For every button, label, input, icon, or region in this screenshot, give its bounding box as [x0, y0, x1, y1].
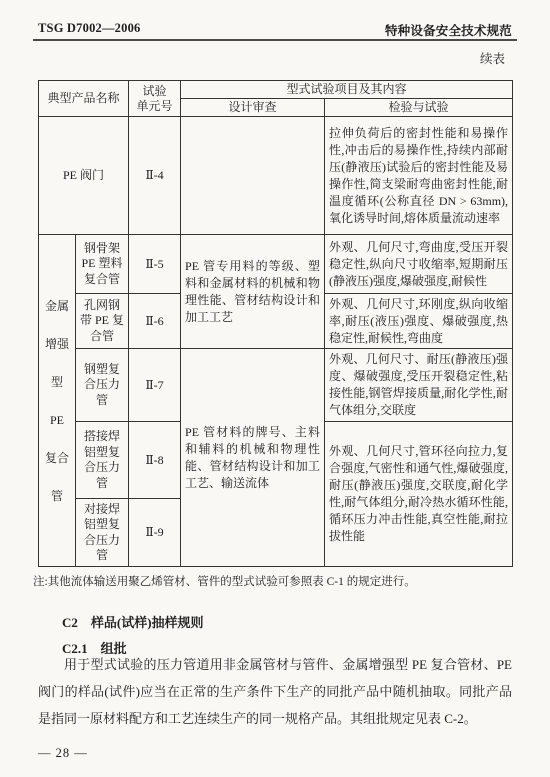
- unit-ii-6: Ⅱ-6: [129, 294, 181, 349]
- type-test-table: 典型产品名称 试验 单元号 型式试验项目及其内容 设计审查 检验与试验 PE 阀…: [38, 80, 513, 567]
- design-review-ii-7-9: PE 管材料的牌号、主料和辅料的机械和物理性能、管材结构设计和加工工艺、输送流体: [181, 349, 325, 567]
- product-lap-weld-aluminum-plastic-pipe: 搭接焊 铝塑复 合压力 管: [76, 422, 129, 499]
- product-butt-weld-aluminum-plastic-pipe: 对接焊 铝塑复 合压力 管: [76, 499, 129, 567]
- unit-ii-8: Ⅱ-8: [129, 422, 181, 499]
- doc-code: TSG D7002—2006: [38, 21, 140, 39]
- product-steel-plastic-pressure-pipe: 钢塑复 合压力 管: [76, 349, 129, 422]
- running-header: TSG D7002—2006 特种设备安全技术规范: [38, 21, 512, 39]
- header-rule: [33, 39, 517, 41]
- product-pe-valve: PE 阀门: [39, 117, 129, 235]
- product-steel-skeleton-pipe: 钢骨架 PE 塑料 复合管: [76, 235, 129, 294]
- table-row-steel-skeleton: 金属 增强 型 PE 复合 管 钢骨架 PE 塑料 复合管 Ⅱ-5 PE 管专用…: [39, 235, 513, 294]
- table-header-row-1: 典型产品名称 试验 单元号 型式试验项目及其内容: [39, 81, 513, 99]
- unit-ii-7: Ⅱ-7: [129, 349, 181, 422]
- unit-ii-9: Ⅱ-9: [129, 499, 181, 567]
- doc-title: 特种设备安全技术规范: [385, 21, 512, 39]
- product-perforated-steel-band-pipe: 孔网钢 带 PE 复 合管: [76, 294, 129, 349]
- continued-table-label: 续表: [480, 49, 505, 67]
- document-page: TSG D7002—2006 特种设备安全技术规范 续表 典型产品名称 试验 单…: [0, 0, 550, 777]
- section-c2-title: 样品(试样)抽样规则: [91, 615, 204, 630]
- unit-ii-5: Ⅱ-5: [129, 235, 181, 294]
- section-c2-heading: C2样品(试样)抽样规则: [62, 612, 204, 631]
- inspection-ii-8-9: 外观、几何尺寸,管环径向拉力,复合强度,气密性和通气性,爆破强度,耐压(静液压)…: [325, 422, 513, 567]
- inspection-ii-7: 外观、几何尺寸、耐压(静液压)强度、爆破强度,受压开裂稳定性,粘接性能,钢管焊接…: [325, 349, 513, 422]
- design-review-ii-5-6: PE 管专用料的等级、塑料和金属材料的机械和物理性能、管材结构设计和加工工艺: [181, 235, 325, 349]
- page-number: — 28 —: [38, 746, 88, 761]
- inspection-ii-5: 外观、几何尺寸,弯曲度,受压开裂稳定性,纵向尺寸收缩率,短期耐压(静液压)强度,…: [325, 235, 513, 294]
- product-group-metal-reinforced-pe: 金属 增强 型 PE 复合 管: [39, 235, 76, 567]
- header-test-items: 型式试验项目及其内容: [181, 81, 513, 99]
- table-row-steel-plastic: 钢塑复 合压力 管 Ⅱ-7 PE 管材料的牌号、主料和辅料的机械和物理性能、管材…: [39, 349, 513, 422]
- inspection-ii-6: 外观、几何尺寸,环刚度,纵向收缩率,耐压(液压)强度、爆破强度,热稳定性,耐候性…: [325, 294, 513, 349]
- body-paragraph: 用于型式试验的压力管道用非金属管材与管件、金属增强型 PE 复合管材、PE 阀门…: [38, 651, 512, 732]
- unit-ii-4: Ⅱ-4: [129, 117, 181, 235]
- header-design-review: 设计审查: [181, 99, 325, 117]
- table-note: 注:其他流体输送用聚乙烯管材、管件的型式试验可参照表 C-1 的规定进行。: [33, 573, 520, 589]
- header-inspection-test: 检验与试验: [325, 99, 513, 117]
- design-review-pe-valve: [181, 117, 325, 235]
- header-test-unit-number: 试验 单元号: [129, 81, 181, 117]
- inspection-pe-valve: 拉伸负荷后的密封性能和易操作性,冲击后的易操作性,持续内部耐压(静液压)试验后的…: [325, 117, 513, 235]
- header-product-name: 典型产品名称: [39, 81, 129, 117]
- table-row-pe-valve: PE 阀门 Ⅱ-4 拉伸负荷后的密封性能和易操作性,冲击后的易操作性,持续内部耐…: [39, 117, 513, 235]
- section-c2-number: C2: [62, 615, 78, 630]
